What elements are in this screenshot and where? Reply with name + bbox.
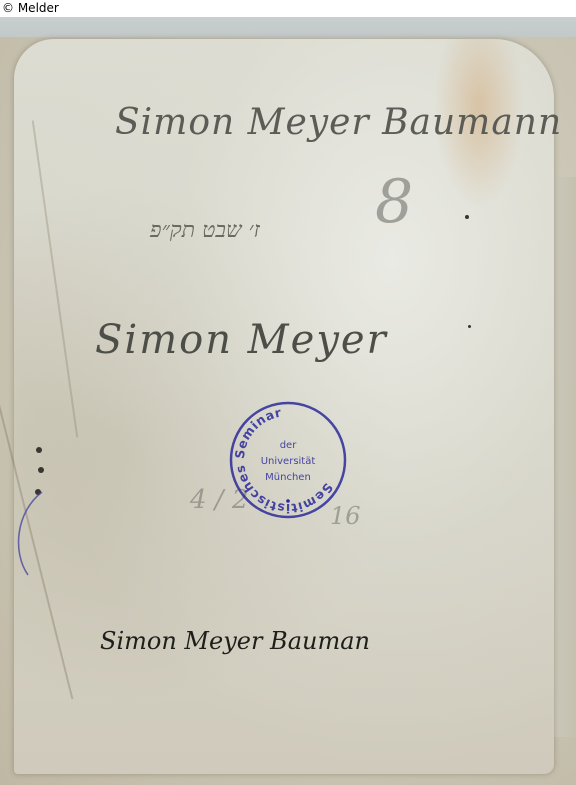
photo-credit-name: Melder — [18, 1, 59, 15]
stamp-line-universitaet: Universität — [261, 456, 316, 467]
binding-thread-hole — [36, 447, 42, 453]
library-stamp: Semitistisches Seminar der Universität M… — [228, 400, 348, 520]
paper-crease — [32, 120, 79, 437]
manuscript-photo: Simon Meyer Baumann ז׳ שבט תק״פ Simon Me… — [0, 17, 576, 785]
copyright-symbol: © — [2, 1, 14, 15]
hebrew-inscription: ז׳ שבט תק״פ — [150, 217, 260, 243]
stamp-line-muenchen: München — [265, 472, 311, 483]
pencil-mark: 8 — [375, 167, 413, 237]
binding-thread-hole — [38, 467, 44, 473]
signature-middle: Simon Meyer — [95, 317, 388, 363]
stamp-line-der: der — [280, 440, 298, 451]
photo-credit: © Melder — [2, 0, 59, 17]
ink-speck — [468, 325, 471, 328]
stamp-star-icon — [286, 499, 290, 503]
signature-top: Simon Meyer Baumann — [115, 102, 562, 143]
partial-stamp-on-underlying-page — [8, 487, 48, 577]
ink-speck — [465, 215, 469, 219]
signature-bottom: Simon Meyer Bauman — [100, 627, 370, 655]
